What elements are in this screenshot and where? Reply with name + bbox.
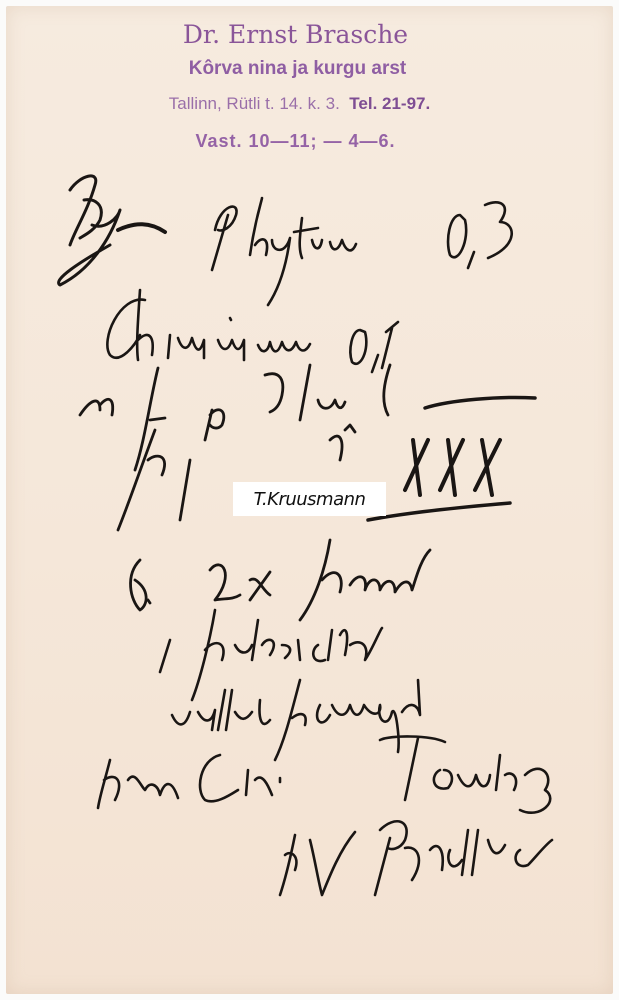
line-signa [131,540,430,620]
watermark-label: T.Kruusmann [233,482,386,516]
line-pulber [160,610,382,700]
line-chinini [107,290,398,372]
signature-text: Dr Brasche [280,845,371,864]
rx-line-7: vahel söömaga [170,690,291,709]
rx-line-1: Phytini 0,3 [212,205,300,224]
rx-line-2: Chinini mur. 0,1. [100,310,236,329]
rx-line-5: S. 2 x päevas [125,560,231,579]
rx-line-3: M. f. p. d. tal. [80,385,189,404]
rx-line-8: Herra Liivi Tõnnberg [100,760,271,779]
rx-symbol-text: Rp. [62,185,89,204]
rx-line-6: 1 pulber korra [160,625,278,644]
watermark-text: T.Kruusmann [254,489,366,510]
rx-line-4: pulv. No XXX [120,450,226,469]
